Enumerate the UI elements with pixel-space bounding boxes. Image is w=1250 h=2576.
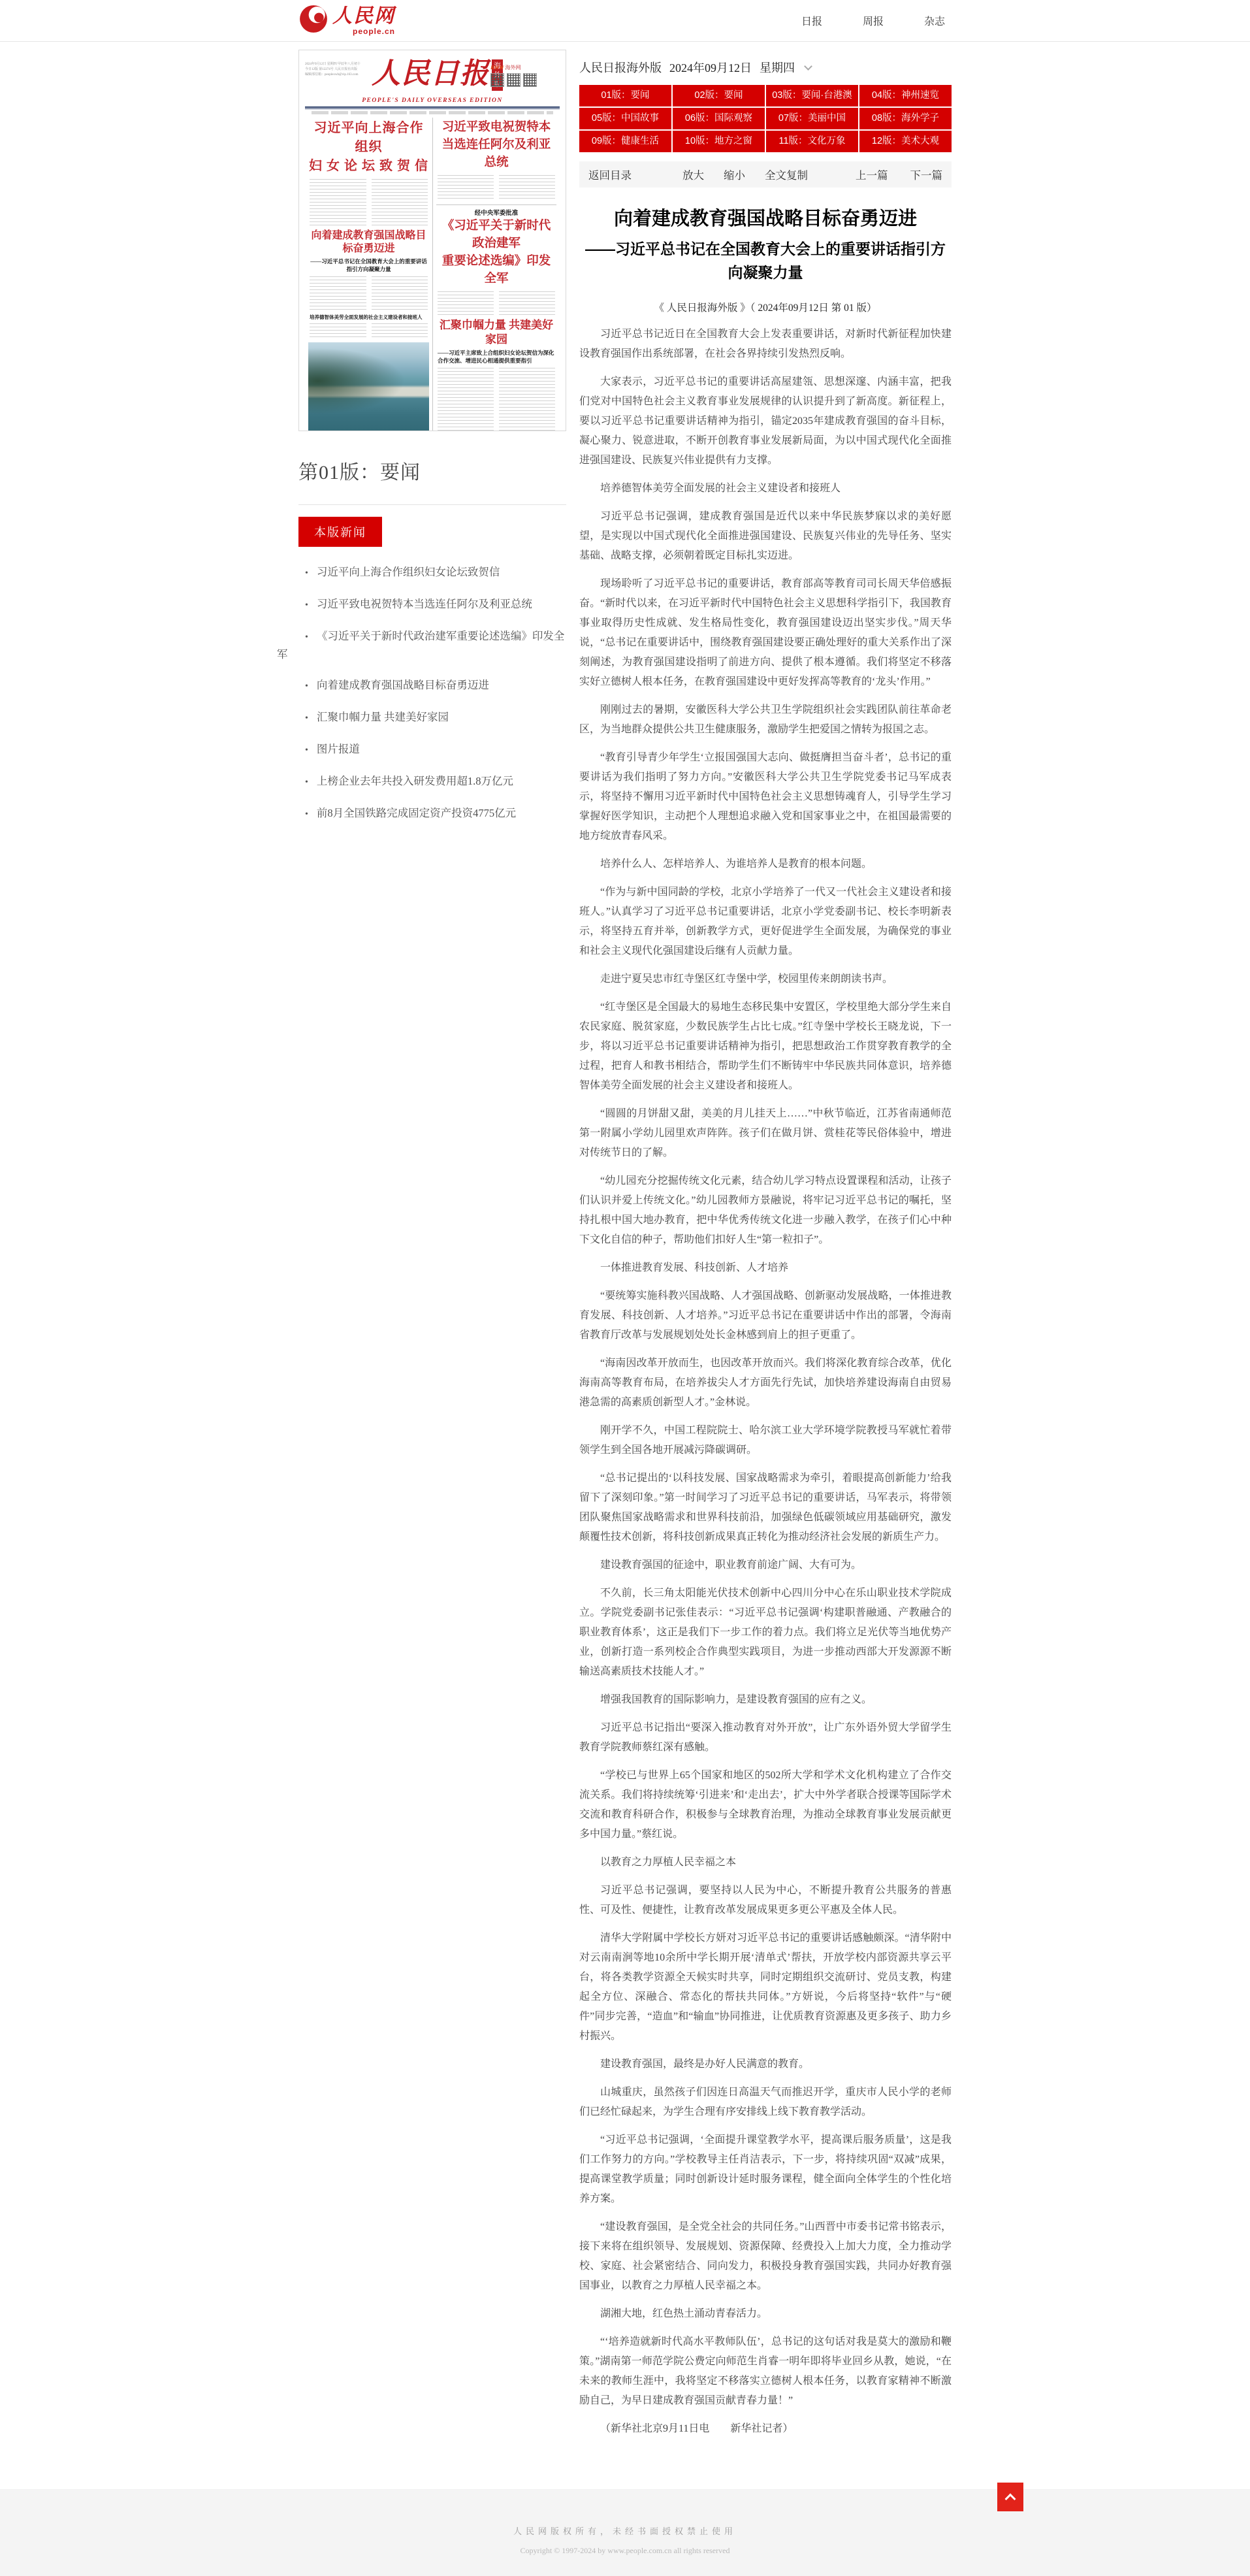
article-paragraph: 习近平总书记强调，要坚持以人民为中心，不断提升教育公共服务的普惠性、可及性、便捷… <box>579 1881 952 1920</box>
site-footer: 人民网版权所有，未经书面授权禁止使用 Copyright © 1997-2024… <box>0 2489 1250 2576</box>
np-masthead: 人民日报 <box>372 57 489 91</box>
page-link[interactable]: 09版：健康生活 <box>579 131 671 152</box>
left-divider <box>298 504 566 505</box>
zoom-in-button[interactable]: 放大 <box>682 167 704 182</box>
qr-code-icon <box>507 73 521 87</box>
article-paragraph: 习近平总书记指出“要深入推动教育对外开放”，让广东外语外贸大学留学生教育学院教师… <box>579 1718 952 1757</box>
site-header: 人民网 people.cn 日报 周报 杂志 <box>0 0 1250 42</box>
np-masthead-rule <box>305 106 560 109</box>
article-paragraph: 不久前，长三角太阳能光伏技术创新中心四川分中心在乐山职业技术学院成立。学院党委副… <box>579 1584 952 1682</box>
article-subhead: 一体推进教育发展、科技创新、人才培养 <box>579 1258 952 1278</box>
article-paragraph: 增强我国教育的国际影响力，是建设教育强国的应有之义。 <box>579 1690 952 1710</box>
article-paragraph: 培养什么人、怎样培养人、为谁培养人是教育的根本问题。 <box>579 855 952 874</box>
article-paragraph: 大家表示，习近平总书记的重要讲话高屋建瓴、思想深邃、内涵丰富，把我们党对中国特色… <box>579 372 952 470</box>
top-nav: 日报 周报 杂志 <box>801 13 945 28</box>
footer-copyright-en: Copyright © 1997-2024 by www.people.com.… <box>0 2546 1250 2556</box>
page-grid: 01版：要闻02版：要闻03版：要闻·台港澳04版：神州速览05版：中国故事06… <box>579 85 952 152</box>
left-column: 2024年9月12日 星期四 甲辰年八月初十 今日12版 第12274号 人民日… <box>298 50 566 837</box>
page-link[interactable]: 03版：要闻·台港澳 <box>766 85 858 106</box>
news-list-item[interactable]: 习近平向上海合作组织妇女论坛致贺信 <box>277 564 566 582</box>
article-paragraph: “红寺堡区是全国最大的易地生态移民集中安置区，学校里绝大部分学生来自农民家庭、脱… <box>579 998 952 1096</box>
qr-code-icon <box>490 73 504 87</box>
nav-magazine[interactable]: 杂志 <box>924 13 945 28</box>
np-left-page-column: 习近平向上海合作组织 妇 女 论 坛 致 贺 信 向着建成教育强国战略目标奋勇迈… <box>305 118 432 431</box>
page-link[interactable]: 08版：海外学子 <box>859 108 952 129</box>
article-paragraph: 湖湘大地，红色热土涌动青春活力。 <box>579 2304 952 2324</box>
page-link[interactable]: 10版：地方之窗 <box>673 131 765 152</box>
page-link[interactable]: 05版：中国故事 <box>579 108 671 129</box>
article-paragraph: “要统筹实施科教兴国战略、人才强国战略、创新驱动发展战略，一体推进教育发展、科技… <box>579 1286 952 1345</box>
article-paragraph: “圆圆的月饼甜又甜，美美的月儿挂天上……”中秋节临近，江苏省南通师范第一附属小学… <box>579 1104 952 1163</box>
article-paragraph: 建设教育强国，最终是办好人民满意的教育。 <box>579 2055 952 2074</box>
article-paragraph: 习近平总书记近日在全国教育大会上发表重要讲话，对新时代新征程加快建设教育强国作出… <box>579 325 952 364</box>
news-list-item[interactable]: 前8月全国铁路完成固定资产投资4775亿元 <box>277 805 566 823</box>
article-paragraph: （新华社北京9月11日电 新华社记者） <box>579 2419 952 2439</box>
article-paragraph: 走进宁夏吴忠市红寺堡区红寺堡中学，校园里传来朗朗读书声。 <box>579 970 952 989</box>
news-list-item[interactable]: 汇聚巾帼力量 共建美好家园 <box>277 709 566 727</box>
article-subhead: 以教育之力厚植人民幸福之本 <box>579 1853 952 1872</box>
page-link[interactable]: 04版：神州速览 <box>859 85 952 106</box>
chevron-up-icon <box>1005 2494 1016 2505</box>
news-list-item[interactable]: 图片报道 <box>277 741 566 759</box>
article-subtitle: ——习近平总书记在全国教育大会上的重要讲话指引方向凝聚力量 <box>579 237 952 284</box>
np-issue-info: 2024年9月12日 星期四 甲辰年八月初十 今日12版 第12274号 人民日… <box>305 62 365 78</box>
right-column: 人民日报海外版 2024年09月12日 星期四 01版：要闻02版：要闻03版：… <box>579 50 952 2447</box>
people-cn-logo[interactable]: 人民网 people.cn <box>298 4 395 37</box>
edition-date: 2024年09月12日 <box>669 59 752 76</box>
article-paragraph: “海南因改革开放而生，也因改革开放而兴。我们将深化教育综合改革，优化海南高等教育… <box>579 1354 952 1412</box>
zoom-out-button[interactable]: 缩小 <box>724 167 745 182</box>
news-list-item[interactable]: 习近平致电祝贺特本当选连任阿尔及利亚总统 <box>277 596 566 614</box>
newspaper-front-page-thumbnail[interactable]: 2024年9月12日 星期四 甲辰年八月初十 今日12版 第12274号 人民日… <box>298 50 566 431</box>
previous-article-button[interactable]: 上一篇 <box>856 167 888 182</box>
edition-paper-name: 人民日报海外版 <box>579 59 662 76</box>
page-link[interactable]: 06版：国际观察 <box>673 108 765 129</box>
article-body: 习近平总书记近日在全国教育大会上发表重要讲话，对新时代新征程加快建设教育强国作出… <box>579 325 952 2439</box>
np-masthead-english: PEOPLE'S DAILY OVERSEAS EDITION <box>305 97 560 104</box>
page-number-heading: 第01版：要闻 <box>298 456 566 485</box>
news-list-item[interactable]: 《习近平关于新时代政治建军重要论述选编》印发全军 <box>277 628 566 663</box>
page-link[interactable]: 01版：要闻 <box>579 85 671 106</box>
news-list-item[interactable]: 向着建成教育强国战略目标奋勇迈进 <box>277 677 566 695</box>
article-paragraph: “习近平总书记强调，‘全面提升课堂教学水平，提高课后服务质量’，这是我们工作努力… <box>579 2130 952 2209</box>
np-address-line <box>312 111 553 114</box>
chevron-down-icon[interactable] <box>804 62 812 71</box>
people-cn-logo-icon <box>298 4 329 37</box>
article-paragraph: 清华大学附属中学校长方妍对习近平总书记的重要讲话感触颇深。“清华附中对云南南涧等… <box>579 1929 952 2046</box>
np-haiwainet-logo: HWW 海外网 <box>490 65 560 71</box>
article-paragraph: “建设教育强国，是全党全社会的共同任务。”山西晋中市委书记常书铭表示，接下来将在… <box>579 2217 952 2296</box>
article-paragraph: 建设教育强国的征途中，职业教育前途广阔、大有可为。 <box>579 1556 952 1575</box>
article-paragraph: “幼儿园充分挖掘传统文化元素，结合幼儿学习特点设置课程和活动，让孩子们认识并爱上… <box>579 1171 952 1250</box>
article-source-meta: 《 人民日报海外版 》（ 2024年09月12日 第 01 版） <box>579 300 952 314</box>
article-paragraph: 刚刚过去的暑期，安徽医科大学公共卫生学院组织社会实践团队前往革命老区，为当地群众… <box>579 700 952 740</box>
copy-full-text-button[interactable]: 全文复制 <box>765 167 808 182</box>
page-link[interactable]: 02版：要闻 <box>673 85 765 106</box>
back-to-catalog-button[interactable]: 返回目录 <box>588 167 632 182</box>
main-content: 2024年9月12日 星期四 甲辰年八月初十 今日12版 第12274号 人民日… <box>298 42 952 2447</box>
edition-weekday: 星期四 <box>760 59 795 76</box>
article-subhead: 培养德智体美劳全面发展的社会主义建设者和接班人 <box>579 479 952 498</box>
article-paragraph: 现场聆听了习近平总书记的重要讲话，教育部高等教育司司长周天华倍感振奋。“新时代以… <box>579 574 952 692</box>
article-paragraph: “学校已与世界上65个国家和地区的502所大学和学术文化机构建立了合作交流关系。… <box>579 1766 952 1844</box>
page-link[interactable]: 07版：美丽中国 <box>766 108 858 129</box>
article-paragraph: “总书记提出的‘以科技发展、国家战略需求为牵引，着眼提高创新能力’给我留下了深刻… <box>579 1469 952 1547</box>
news-list-item[interactable]: 上榜企业去年共投入研发费用超1.8万亿元 <box>277 773 566 791</box>
logo-text-cn: 人民网 <box>332 7 395 26</box>
np-photo-dam <box>308 342 429 431</box>
next-article-button[interactable]: 下一篇 <box>910 167 943 182</box>
article-toolbar: 返回目录 放大 缩小 全文复制 上一篇 下一篇 <box>579 161 952 187</box>
article-paragraph: “教育引导青少年学生‘立报国强国大志向、做挺膺担当奋斗者’，总书记的重要讲话为我… <box>579 748 952 846</box>
article-paragraph: 刚开学不久，中国工程院院士、哈尔滨工业大学环境学院教授马军就忙着带领学生到全国各… <box>579 1421 952 1460</box>
page-link[interactable]: 11版：文化万象 <box>766 131 858 152</box>
footer-copyright-cn: 人民网版权所有，未经书面授权禁止使用 <box>0 2489 1250 2537</box>
page-news-list: 习近平向上海合作组织妇女论坛致贺信习近平致电祝贺特本当选连任阿尔及利亚总统《习近… <box>298 564 566 823</box>
back-to-top-button[interactable] <box>997 2483 1023 2511</box>
page-link[interactable]: 12版：美术大观 <box>859 131 952 152</box>
nav-daily[interactable]: 日报 <box>801 13 822 28</box>
article-paragraph: “‘培养造就新时代高水平教师队伍’，总书记的这句话对我是莫大的激励和鞭策。”湖南… <box>579 2332 952 2411</box>
section-news-label: 本版新闻 <box>298 517 382 547</box>
nav-weekly[interactable]: 周报 <box>863 13 884 28</box>
edition-date-bar: 人民日报海外版 2024年09月12日 星期四 <box>579 59 952 76</box>
np-right-page-column: 习近平致电祝贺特本 当选连任阿尔及利亚总统 经中央军委批准 《习近平关于新时代政… <box>432 118 560 431</box>
article-title: 向着建成教育强国战略目标奋勇迈进 <box>579 206 952 232</box>
article-paragraph: 习近平总书记强调，建成教育强国是近代以来中华民族梦寐以求的美好愿望，是实现以中国… <box>579 507 952 566</box>
logo-text-en: people.cn <box>332 27 395 35</box>
article-paragraph: 山城重庆，虽然孩子们因连日高温天气而推迟开学，重庆市人民小学的老师们已经忙碌起来… <box>579 2083 952 2122</box>
qr-code-icon <box>523 73 537 87</box>
article-paragraph: “作为与新中国同龄的学校，北京小学培养了一代又一代社会主义建设者和接班人。”认真… <box>579 883 952 961</box>
